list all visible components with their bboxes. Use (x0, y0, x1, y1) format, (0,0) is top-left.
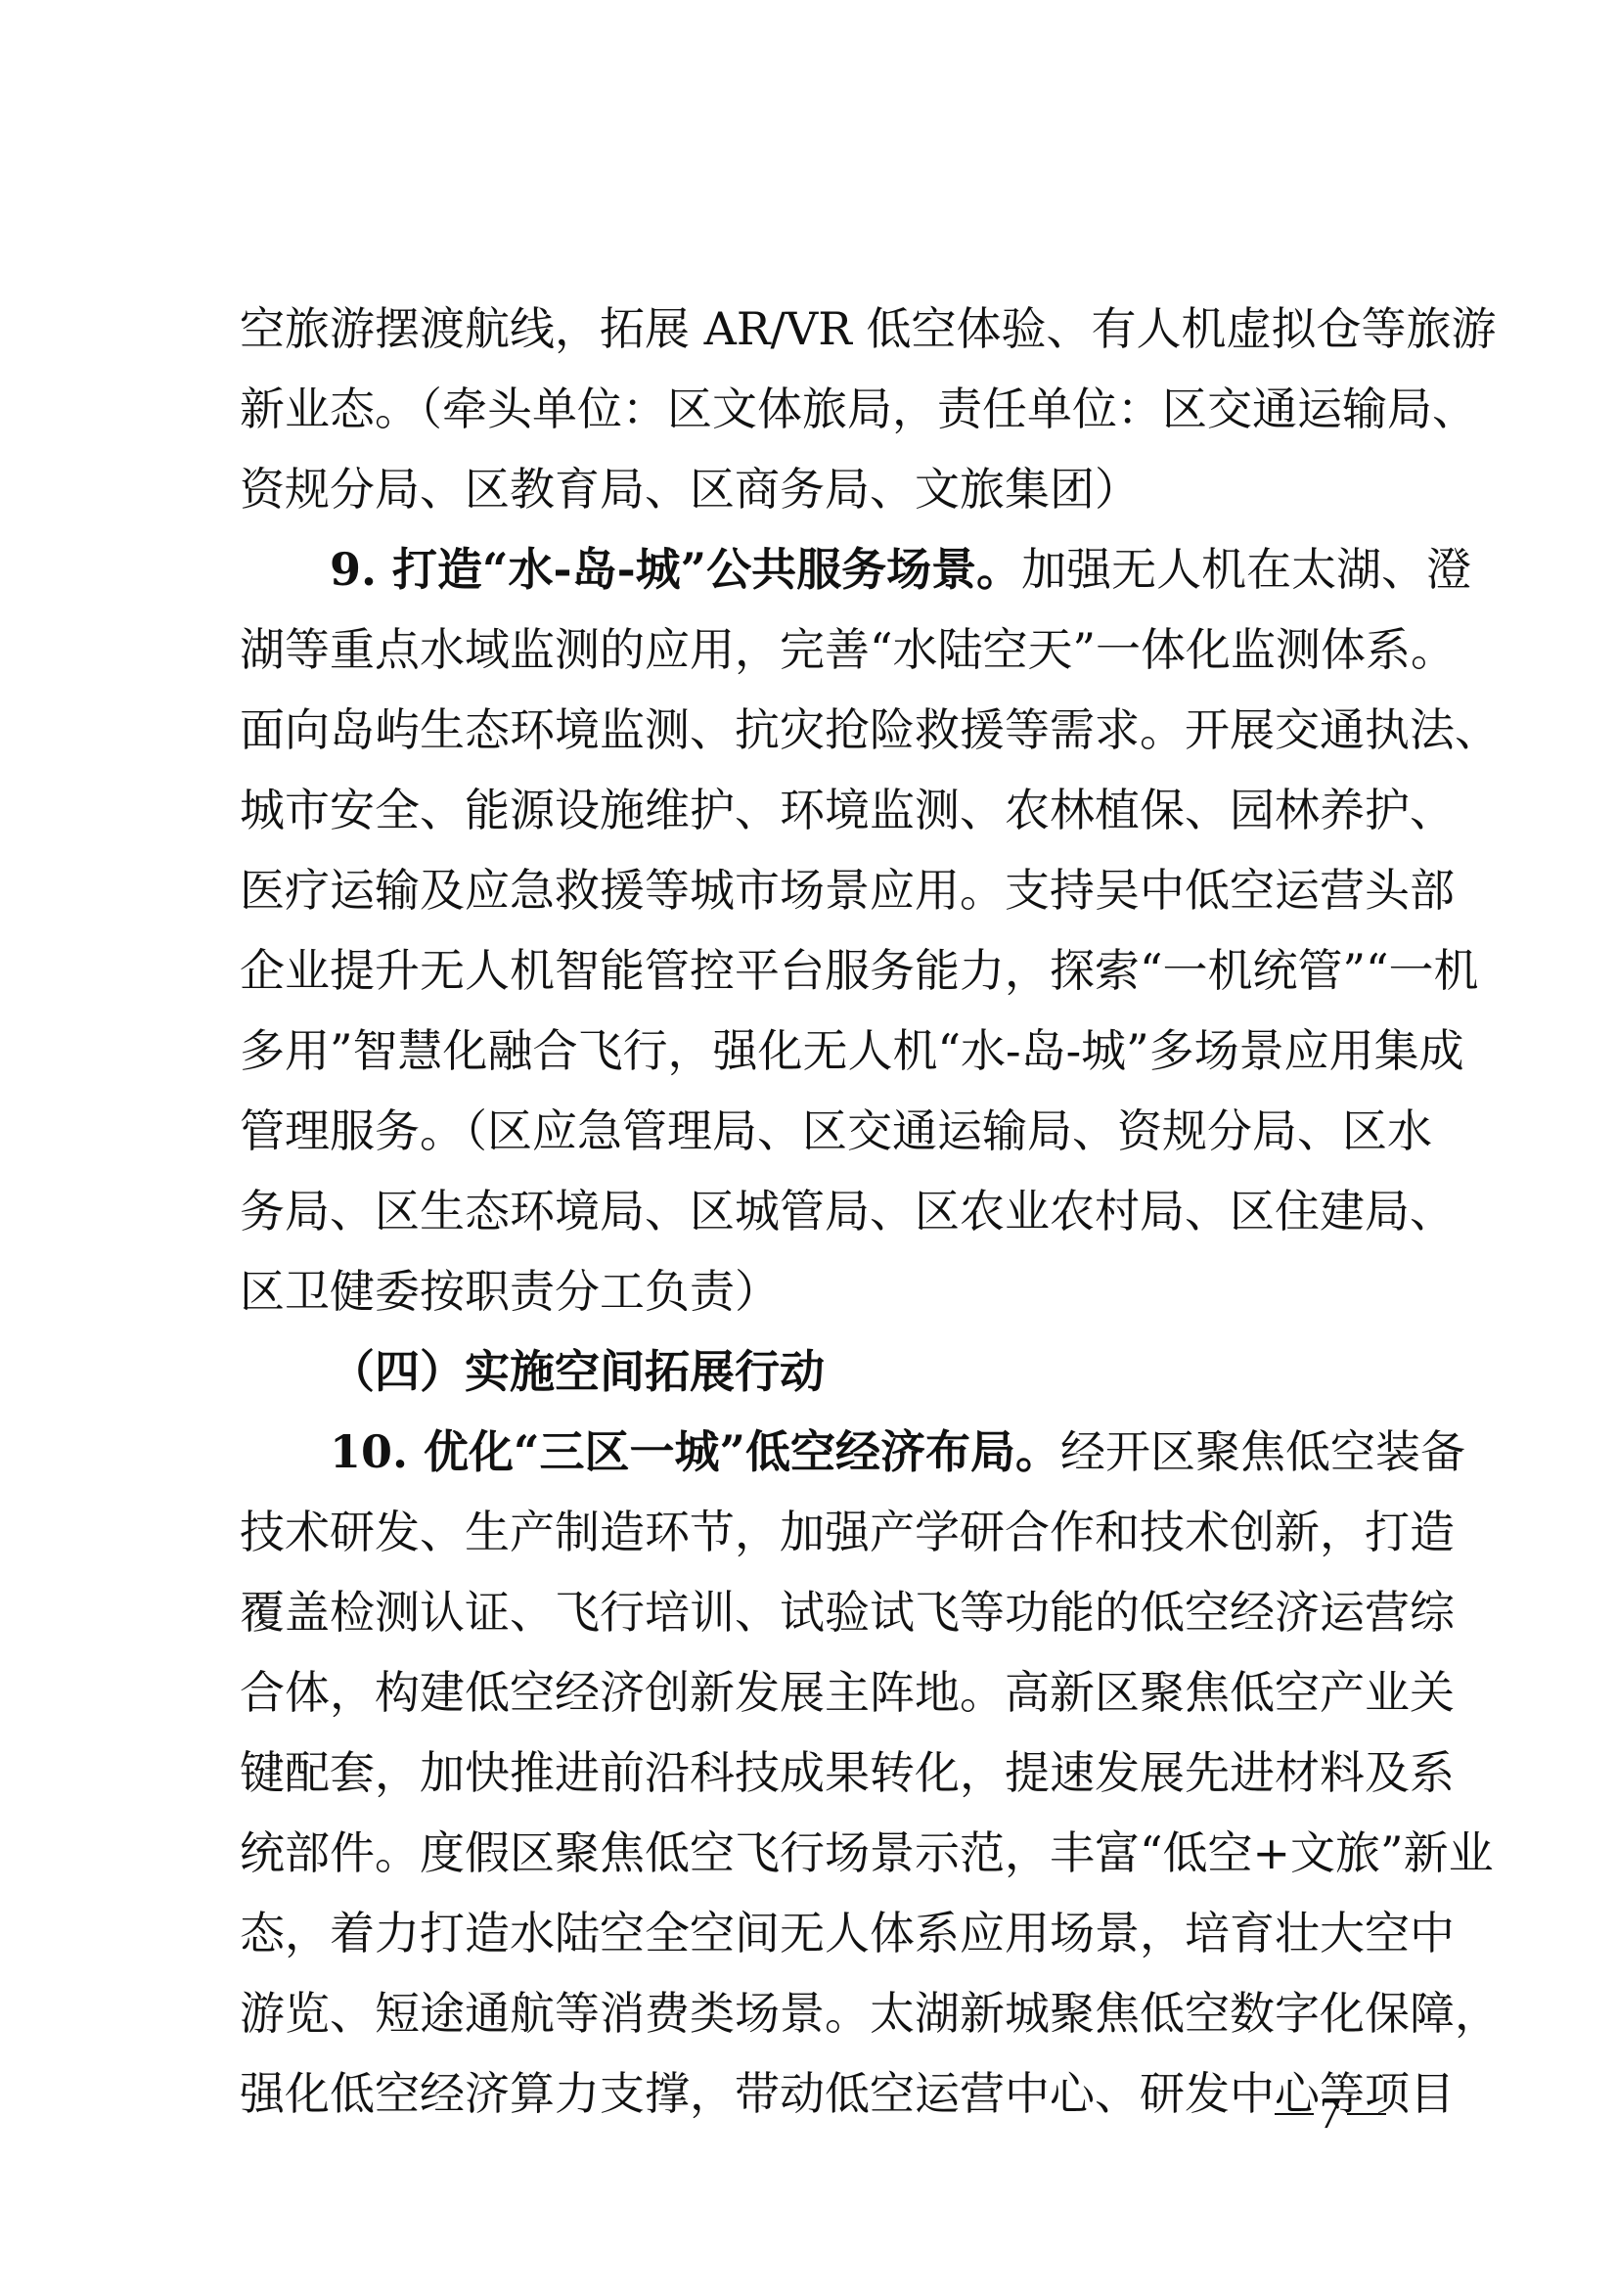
page-number-value: 7 (1320, 2089, 1341, 2138)
text-line: 合体，构建低空经济创新发展主阵地。高新区聚焦低空产业关 (240, 1652, 1399, 1733)
text-run: 态，着力打造水陆空全空间无人体系应用场景，培育壮大空中 (240, 1907, 1455, 1959)
text-run: 医疗运输及应急救援等城市场景应用。支持吴中低空运营头部 (240, 864, 1455, 917)
page-number-dash-left (1275, 2113, 1314, 2115)
text-line: 空旅游摆渡航线，拓展 AR/VR 低空体验、有人机虚拟仓等旅游 (240, 289, 1399, 369)
text-run: 技术研发、生产制造环节，加强产学研合作和技术创新，打造 (240, 1506, 1455, 1558)
text-line: 企业提升无人机智能管控平台服务能力，探索“一机统管”“一机 (240, 930, 1399, 1011)
text-run: 新业态。（牵头单位：区文体旅局，责任单位：区交通运输局、 (240, 383, 1477, 435)
text-run: 覆盖检测认证、飞行培训、试验试飞等功能的低空经济运营综 (240, 1586, 1455, 1639)
text-line: 游览、短途通航等消费类场景。太湖新城聚焦低空数字化保障， (240, 1973, 1399, 2053)
text-line: 区卫健委按职责分工负责） (240, 1251, 1399, 1331)
bold-run: 10. 优化“三区一城”低空经济布局。 (330, 1425, 1060, 1478)
text-run: 管理服务。（区应急管理局、区交通运输局、资规分局、区水 (240, 1104, 1432, 1157)
bold-run: 9. 打造“水-岛-城”公共服务场景。 (330, 543, 1021, 596)
text-run: 区卫健委按职责分工负责） (240, 1265, 780, 1318)
text-run: 多用”智慧化融合飞行，强化无人机“水-岛-城”多场景应用集成 (240, 1024, 1464, 1077)
text-line: 湖等重点水域监测的应用，完善“水陆空天”一体化监测体系。 (240, 609, 1399, 690)
text-line: 多用”智慧化融合飞行，强化无人机“水-岛-城”多场景应用集成 (240, 1011, 1399, 1091)
page-number-dash-right (1347, 2113, 1386, 2115)
text-run: 资规分局、区教育局、区商务局、文旅集团） (240, 463, 1140, 516)
text-run: 加强无人机在太湖、澄 (1021, 543, 1471, 596)
page-number: 7 (1275, 2089, 1386, 2138)
text-run: 企业提升无人机智能管控平台服务能力，探索“一机统管”“一机 (240, 944, 1479, 997)
text-line: 覆盖检测认证、飞行培训、试验试飞等功能的低空经济运营综 (240, 1572, 1399, 1652)
text-line: 统部件。度假区聚焦低空飞行场景示范，丰富“低空+文旅”新业 (240, 1813, 1399, 1893)
text-run: 城市安全、能源设施维护、环境监测、农林植保、园林养护、 (240, 784, 1455, 836)
text-run: 湖等重点水域监测的应用，完善“水陆空天”一体化监测体系。 (240, 623, 1456, 676)
text-run: 统部件。度假区聚焦低空飞行场景示范，丰富“低空+文旅”新业 (240, 1826, 1494, 1879)
text-line: 键配套，加快推进前沿科技成果转化，提速发展先进材料及系 (240, 1733, 1399, 1813)
text-line: 面向岛屿生态环境监测、抗灾抢险救援等需求。开展交通执法、 (240, 690, 1399, 770)
text-line: 管理服务。（区应急管理局、区交通运输局、资规分局、区水 (240, 1091, 1399, 1171)
bold-run: （四）实施空间拓展行动 (330, 1345, 825, 1398)
document-body: 空旅游摆渡航线，拓展 AR/VR 低空体验、有人机虚拟仓等旅游新业态。（牵头单位… (240, 289, 1399, 2134)
text-line: 资规分局、区教育局、区商务局、文旅集团） (240, 449, 1399, 529)
text-run: 游览、短途通航等消费类场景。太湖新城聚焦低空数字化保障， (240, 1987, 1500, 2040)
text-run: 面向岛屿生态环境监测、抗灾抢险救援等需求。开展交通执法、 (240, 703, 1500, 756)
text-run: 经开区聚焦低空装备 (1060, 1425, 1465, 1478)
text-run: 强化低空经济算力支撑，带动低空运营中心、研发中心等项目 (240, 2067, 1455, 2120)
text-line: 新业态。（牵头单位：区文体旅局，责任单位：区交通运输局、 (240, 369, 1399, 449)
text-run: 合体，构建低空经济创新发展主阵地。高新区聚焦低空产业关 (240, 1666, 1455, 1719)
text-run: 务局、区生态环境局、区城管局、区农业农村局、区住建局、 (240, 1185, 1455, 1238)
text-line: 务局、区生态环境局、区城管局、区农业农村局、区住建局、 (240, 1171, 1399, 1251)
text-line: 技术研发、生产制造环节，加强产学研合作和技术创新，打造 (240, 1492, 1399, 1572)
text-run: 键配套，加快推进前沿科技成果转化，提速发展先进材料及系 (240, 1746, 1455, 1799)
text-line: 强化低空经济算力支撑，带动低空运营中心、研发中心等项目 (240, 2053, 1399, 2134)
text-line: 10. 优化“三区一城”低空经济布局。经开区聚焦低空装备 (240, 1412, 1399, 1492)
text-run: 空旅游摆渡航线，拓展 AR/VR 低空体验、有人机虚拟仓等旅游 (240, 302, 1496, 355)
text-line: 9. 打造“水-岛-城”公共服务场景。加强无人机在太湖、澄 (240, 529, 1399, 609)
text-line: 城市安全、能源设施维护、环境监测、农林植保、园林养护、 (240, 770, 1399, 850)
section-heading: （四）实施空间拓展行动 (240, 1331, 1399, 1412)
text-line: 医疗运输及应急救援等城市场景应用。支持吴中低空运营头部 (240, 850, 1399, 930)
text-line: 态，着力打造水陆空全空间无人体系应用场景，培育壮大空中 (240, 1893, 1399, 1973)
